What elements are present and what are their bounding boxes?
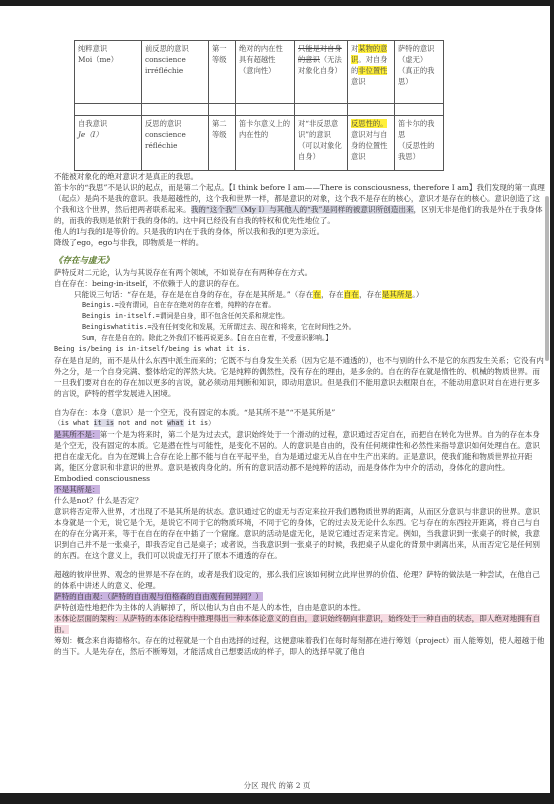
text: 。） <box>412 290 423 299</box>
highlight: 萨特的自由观：（萨特的自由观与伯格森的自由观有何异同？） <box>54 592 263 601</box>
window-bottom-bar <box>0 793 554 804</box>
paragraph: 他人的I与我的I是等价的。只是我的I内在于我的身体，所以我和我的I更为亲近。 <box>54 226 546 237</box>
highlight: 在 <box>313 290 321 299</box>
cell-text: 萨特的意识（虚无） <box>398 43 440 65</box>
cell-text: 具有超越性 <box>239 54 291 65</box>
cell-text: Je（I） <box>78 129 138 140</box>
paragraph: 萨特反对二元论，认为与其说存在有两个领域，不如说存在有两种存在方式。 <box>54 267 546 278</box>
cell-text: 笛卡尔的我思 <box>398 118 440 140</box>
table-row: 自我意识Je（I） 反思的意识conscienceréfléchie 第二等级 … <box>75 116 444 171</box>
cell-text: （意向性） <box>239 65 291 76</box>
paragraph: 自为存在：本身（意识）是一个空无，没有固定的本质。“是其所不是”“不是其所是” <box>54 407 546 418</box>
highlight: 不是其所是： <box>54 485 100 494</box>
cell-text: 反思的意识 <box>145 118 205 129</box>
paragraph: 意识将否定带入世界，才出现了不是其所是的状态。意识通过它的虚无与否定来拉开我们愚… <box>54 506 546 561</box>
paragraph: 什么是not？什么是否定？ <box>54 495 546 506</box>
cell-text: 前反思的意识 <box>145 43 205 54</box>
highlight: 是其所是 <box>382 290 412 299</box>
paragraph: （is what it is not and not what it is） <box>54 418 546 429</box>
highlight: 是其所不是： <box>54 430 100 439</box>
window-top-bar <box>0 0 554 6</box>
cell-text: Moi（me） <box>78 54 138 65</box>
text: （is what <box>54 419 94 427</box>
paragraph: 只能说三句话：“存在是，存在是在自身的存在，存在是其所是。”（存在在，存在自在，… <box>54 289 546 300</box>
paragraph: 是其所不是：第一个是为将来时，第二个是为过去式，意识始终处于一个滑动的过程，意识… <box>54 429 546 484</box>
highlight: 非位置性 <box>358 66 387 75</box>
highlight: 本体论层面的架构：从萨特的本体论结构中推理得出一种本体论意义的自由，意识始终朝向… <box>54 614 540 634</box>
cell-text: 笛卡尔意义上的内在性的 <box>236 116 295 171</box>
cell-text: 意识 <box>351 77 366 86</box>
paragraph: 筹划：概念来自海德格尔。存在的过程就是一个自由选择的过程，这便意味着我们在每时每… <box>54 635 546 657</box>
cell-text: 意识对与自身的位置性意识 <box>351 130 387 161</box>
bullet-line: Sum，存在是自在的。除此之外我们不能再说更多。【自在自在着，不受意识影响。】 <box>54 333 546 344</box>
cell-text: 纯粹意识 <box>78 43 138 54</box>
cell-text: （真正的我思） <box>398 65 440 87</box>
cell-text: irréfléchie <box>145 65 205 76</box>
paragraph: 萨特创造性地把作为主体的人消解掉了，所以他认为自由不是人的本性，自由是意识的本性… <box>54 602 546 613</box>
text: 只能说三句话：“存在是，存在是在自身的存在，存在是其所是。”（存在 <box>74 290 313 299</box>
paragraph: 不是其所是： <box>54 484 546 495</box>
highlight: what <box>167 419 183 427</box>
highlight: it is <box>94 419 114 427</box>
window-right-edge <box>550 0 554 804</box>
cell-text: 第二等级 <box>209 116 236 171</box>
cell-text: 第一等级 <box>209 41 236 104</box>
paragraph: 萨特的自由观：（萨特的自由观与伯格森的自由观有何异同？） <box>54 591 546 602</box>
paragraph: 超越的彼岸世界、观念的世界是不存在的，或者是我们设定的，那么我们应该如何树立此岸… <box>54 569 546 591</box>
cell-text: conscience <box>145 129 205 140</box>
text: ，存在 <box>359 290 382 299</box>
cell-text: réfléchie <box>145 140 205 151</box>
paragraph: 自在存在：being-in-itself，不依赖于人的意识的存在。 <box>54 278 546 289</box>
bullet-line: Beingis.=没有谓词，自在存在绝对的存在着，纯粹的存在着。 <box>54 300 546 311</box>
text: 第一个是为将来时，第二个是为过去式，意识始终处于一个滑动的过程，意识通过否定自在… <box>54 430 540 483</box>
cell-text: 绝对的内在性 <box>239 43 291 54</box>
table-row: 纯粹意识Moi（me） 前反思的意识conscienceirréfléchie … <box>75 41 444 104</box>
paragraph: 存在是自足的，而不是从什么东西中派生而来的；它既不与自身发生关系（因为它是不通透… <box>54 355 546 399</box>
paragraph: Being is/being is in-itself/being is wha… <box>54 344 546 355</box>
table-row-empty <box>75 104 444 116</box>
bullet-line: Beingiswhatitis.=没有任何变化和发展，无所谓过去、现在和将来，它… <box>54 322 546 333</box>
cell-text: （反思性的我思） <box>398 140 440 162</box>
highlight: 反思性的。 <box>351 119 387 128</box>
highlight: 自在 <box>344 290 359 299</box>
cell-text: 对“非反思意识”的意识（可以对象化自身） <box>295 116 348 171</box>
highlight: 我的“这个我”（My I）与其他人的“我”是同样的被意识所创造出来 <box>191 205 414 214</box>
text: it is） <box>184 419 215 427</box>
consciousness-table: 纯粹意识Moi（me） 前反思的意识conscienceirréfléchie … <box>74 40 444 171</box>
paragraph: 不能被对象化的绝对意识才是真正的我思。 <box>54 171 546 182</box>
bullet-line: Beingis in-itself.=谓词是自身，即不包含任何关系和规定性。 <box>54 311 546 322</box>
text: not and not <box>114 419 167 427</box>
paragraph: 本体论层面的架构：从萨特的本体论结构中推理得出一种本体论意义的自由，意识始终朝向… <box>54 613 546 635</box>
cell-text: 自我意识 <box>78 118 138 129</box>
document-page: 纯粹意识Moi（me） 前反思的意识conscienceirréfléchie … <box>60 40 548 657</box>
paragraph: 降级了ego，ego与非我，即物质是一样的。 <box>54 237 546 248</box>
page-footer: 分区 现代 的第 2 页 <box>0 780 554 791</box>
paragraph: 笛卡尔的“我思”不是认识的起点，而是第二个起点。【I think before … <box>54 182 546 226</box>
cell-text: conscience <box>145 54 205 65</box>
text: ，存在 <box>321 290 344 299</box>
section-heading: 《存在与虚无》 <box>54 256 546 267</box>
